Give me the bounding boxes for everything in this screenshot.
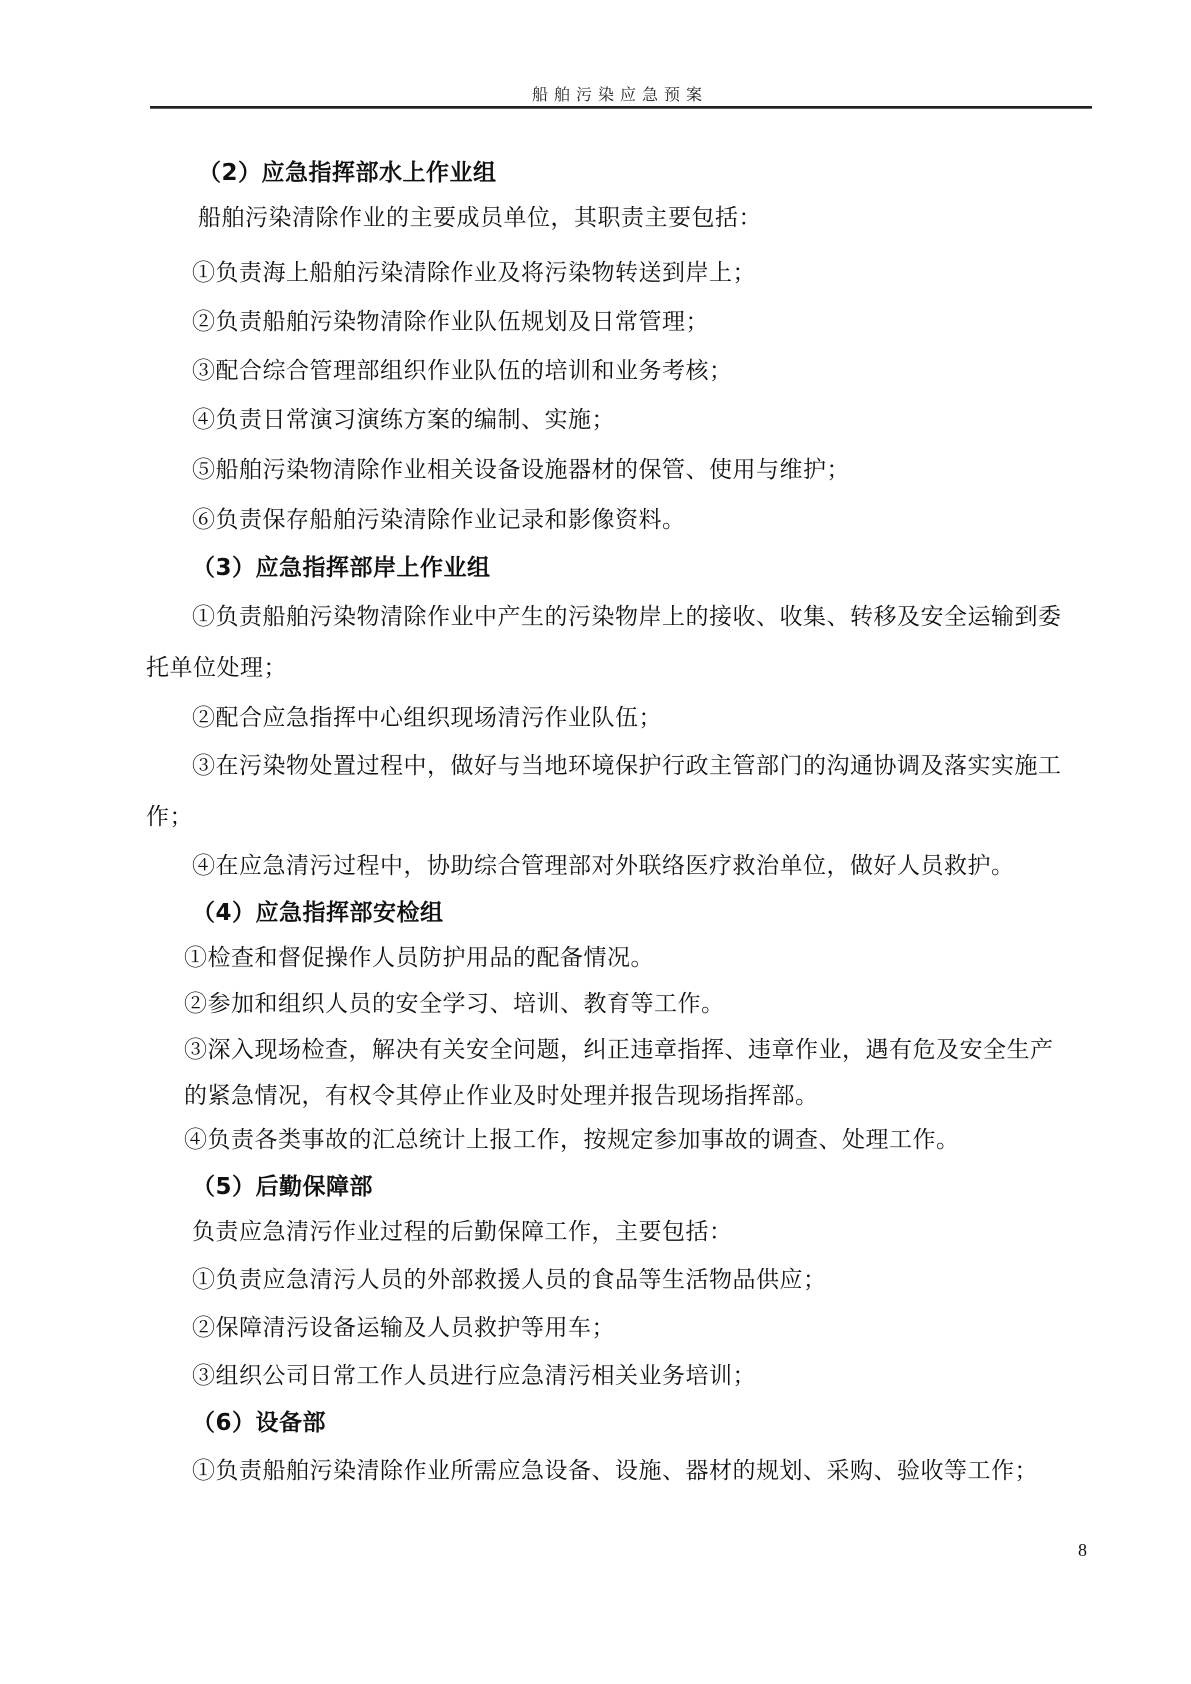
list-item: ②保障清污设备运输及人员救护等用车； xyxy=(192,1313,615,1343)
section-heading-5: （5）后勤保障部 xyxy=(192,1172,373,1202)
list-item: ③在污染物处置过程中，做好与当地环境保护行政主管部门的沟通协调及落实实施工 xyxy=(192,751,1062,781)
list-item: ③组织公司日常工作人员进行应急清污相关业务培训； xyxy=(192,1361,756,1391)
list-item: ①负责船舶污染物清除作业中产生的污染物岸上的接收、收集、转移及安全运输到委 xyxy=(192,602,1062,632)
section-intro: 船舶污染清除作业的主要成员单位，其职责主要包括： xyxy=(198,203,762,233)
list-item: ①负责船舶污染清除作业所需应急设备、设施、器材的规划、采购、验收等工作； xyxy=(192,1456,1038,1486)
list-item: ①负责应急清污人员的外部救援人员的食品等生活物品供应； xyxy=(192,1265,827,1295)
section-intro: 负责应急清污作业过程的后勤保障工作，主要包括： xyxy=(192,1217,733,1247)
list-item: ④在应急清污过程中，协助综合管理部对外联络医疗救治单位，做好人员救护。 xyxy=(192,851,1015,881)
list-item: ⑤船舶污染物清除作业相关设备设施器材的保管、使用与维护； xyxy=(192,455,850,485)
list-item: ②参加和组织人员的安全学习、培训、教育等工作。 xyxy=(184,989,725,1019)
header-divider xyxy=(150,106,1092,109)
section-heading-3: （3）应急指挥部岸上作业组 xyxy=(192,553,491,583)
list-item: ③配合综合管理部组织作业队伍的培训和业务考核； xyxy=(192,356,733,386)
list-item: ②负责船舶污染物清除作业队伍规划及日常管理； xyxy=(192,307,709,337)
section-heading-6: （6）设备部 xyxy=(192,1408,326,1438)
page-header-title: 船舶污染应急预案 xyxy=(0,82,1191,105)
list-item-continuation: 的紧急情况，有权令其停止作业及时处理并报告现场指挥部。 xyxy=(184,1081,819,1111)
list-item: ②配合应急指挥中心组织现场清污作业队伍； xyxy=(192,703,662,733)
list-item-continuation: 托单位处理； xyxy=(146,653,287,683)
page-number: 8 xyxy=(1078,1540,1087,1561)
list-item: ④负责各类事故的汇总统计上报工作，按规定参加事故的调查、处理工作。 xyxy=(184,1125,960,1155)
list-item: ⑥负责保存船舶污染清除作业记录和影像资料。 xyxy=(192,505,686,535)
list-item: ①负责海上船舶污染清除作业及将污染物转送到岸上； xyxy=(192,258,756,288)
list-item-continuation: 作； xyxy=(146,802,193,832)
section-heading-2: （2）应急指挥部水上作业组 xyxy=(198,158,497,188)
list-item: ④负责日常演习演练方案的编制、实施； xyxy=(192,405,615,435)
list-item: ③深入现场检查，解决有关安全问题，纠正违章指挥、违章作业，遇有危及安全生产 xyxy=(184,1035,1054,1065)
section-heading-4: （4）应急指挥部安检组 xyxy=(192,898,444,928)
list-item: ①检查和督促操作人员防护用品的配备情况。 xyxy=(184,943,654,973)
